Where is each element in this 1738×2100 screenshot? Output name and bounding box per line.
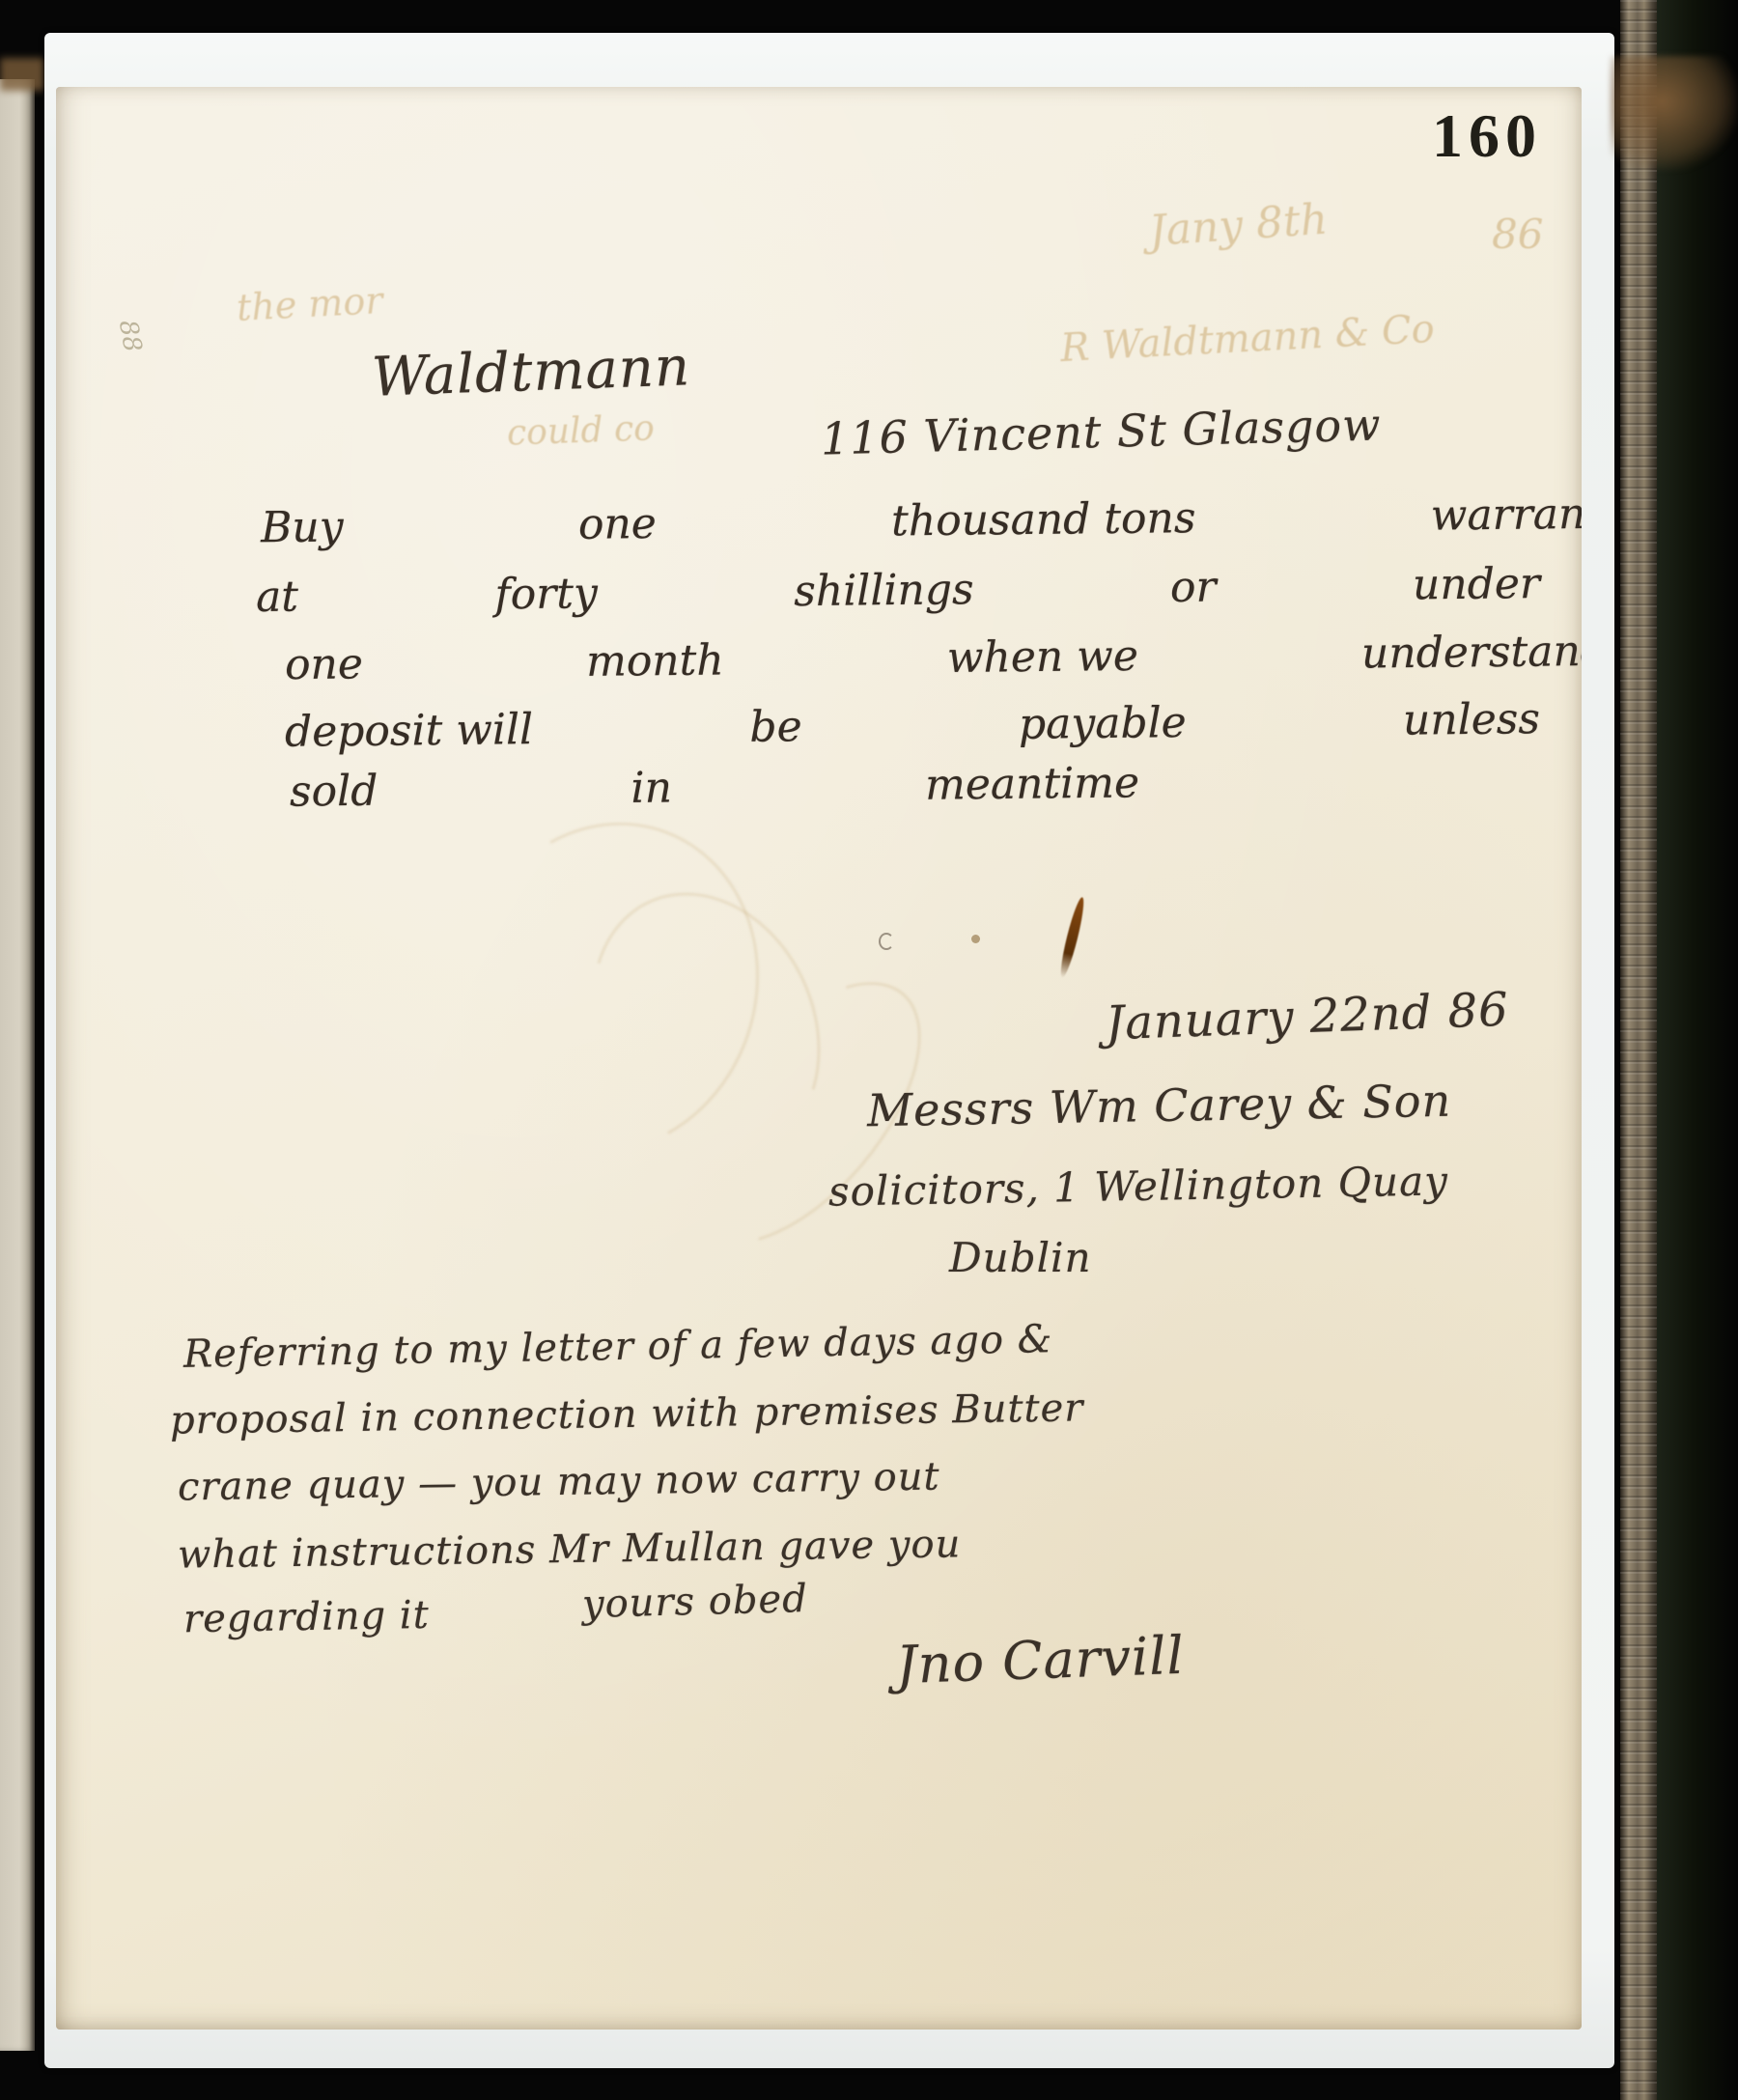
- telegram-word: payable: [1019, 698, 1187, 749]
- telegram-word: Buy: [261, 502, 344, 552]
- pencil-mark: 88: [113, 318, 147, 354]
- telegram-word: at: [256, 573, 298, 622]
- telegram-word: thousand tons: [891, 493, 1196, 546]
- telegram-line: at forty shillings or under: [256, 559, 1540, 622]
- telegram-word: shillings: [794, 565, 974, 616]
- telegram-word: deposit will: [285, 705, 534, 757]
- page-number: 160: [1432, 100, 1542, 172]
- telegram-word: under: [1413, 559, 1540, 609]
- ghost-fragment: could co: [506, 408, 655, 453]
- telegram-word: month: [586, 635, 724, 686]
- telegram-word: unless: [1403, 694, 1540, 744]
- telegram-word: be: [749, 702, 802, 752]
- previous-page-edge: [0, 79, 35, 2051]
- telegram-recipient: Waldtmann: [371, 335, 691, 408]
- telegram-word: one: [578, 499, 657, 549]
- telegram-line: one month when we understand: [285, 627, 1582, 689]
- ghost-fragment: the mor: [236, 279, 383, 329]
- telegram-word: when we: [947, 631, 1139, 683]
- telegram-line: sold in meantime: [290, 758, 1139, 816]
- telegram-line: deposit will be payable unless: [285, 694, 1540, 757]
- telegram-word: or: [1170, 563, 1217, 612]
- letter-body-line: crane quay — you may now carry out: [178, 1454, 940, 1509]
- telegram-word: sold: [290, 767, 378, 817]
- ghost-company: R Waldtmann & Co: [1059, 307, 1436, 371]
- letter-signature: Jno Carvill: [895, 1625, 1186, 1695]
- telegram-word: meantime: [925, 758, 1139, 809]
- telegram-word: in: [631, 763, 672, 812]
- ink-dot: [879, 933, 894, 950]
- telegram-word: warrant: [1430, 490, 1582, 541]
- letter-city: Dublin: [949, 1234, 1092, 1281]
- ghost-date: Jany 8th: [1147, 195, 1329, 257]
- binding-smudge: [0, 58, 44, 91]
- letter-body-line: regarding it: [183, 1593, 430, 1641]
- letter-body-line: proposal in connection with premises But…: [170, 1386, 1084, 1442]
- ghost-year: 86: [1492, 210, 1543, 258]
- telegram-word: understand: [1361, 627, 1582, 679]
- letter-body-line: what instructions Mr Mullan gave you: [178, 1522, 962, 1577]
- notebook-page: 160 the mor Jany 8th 86 R Waldtmann & Co…: [56, 87, 1582, 2030]
- ink-dot: [971, 935, 980, 943]
- telegram-address: 116 Vincent St Glasgow: [820, 398, 1382, 464]
- ink-stain: [1057, 896, 1087, 979]
- cover-corner-shade: [1611, 56, 1738, 170]
- letter-date: January 22nd 86: [1105, 983, 1509, 1051]
- page-stack-edge: [1620, 0, 1659, 2100]
- book-scan: 160 the mor Jany 8th 86 R Waldtmann & Co…: [0, 0, 1738, 2100]
- letter-address-line: solicitors, 1 Wellington Quay: [828, 1157, 1449, 1215]
- telegram-line: Buy one thousand tons warrant: [261, 490, 1582, 553]
- telegram-word: forty: [494, 569, 598, 619]
- letter-body-line: Referring to my letter of a few days ago…: [183, 1317, 1053, 1377]
- letter-closing: yours obed: [581, 1577, 808, 1627]
- book-cover: [1657, 0, 1738, 2100]
- letter-recipient: Messrs Wm Carey & Son: [867, 1075, 1452, 1137]
- telegram-word: one: [285, 639, 363, 689]
